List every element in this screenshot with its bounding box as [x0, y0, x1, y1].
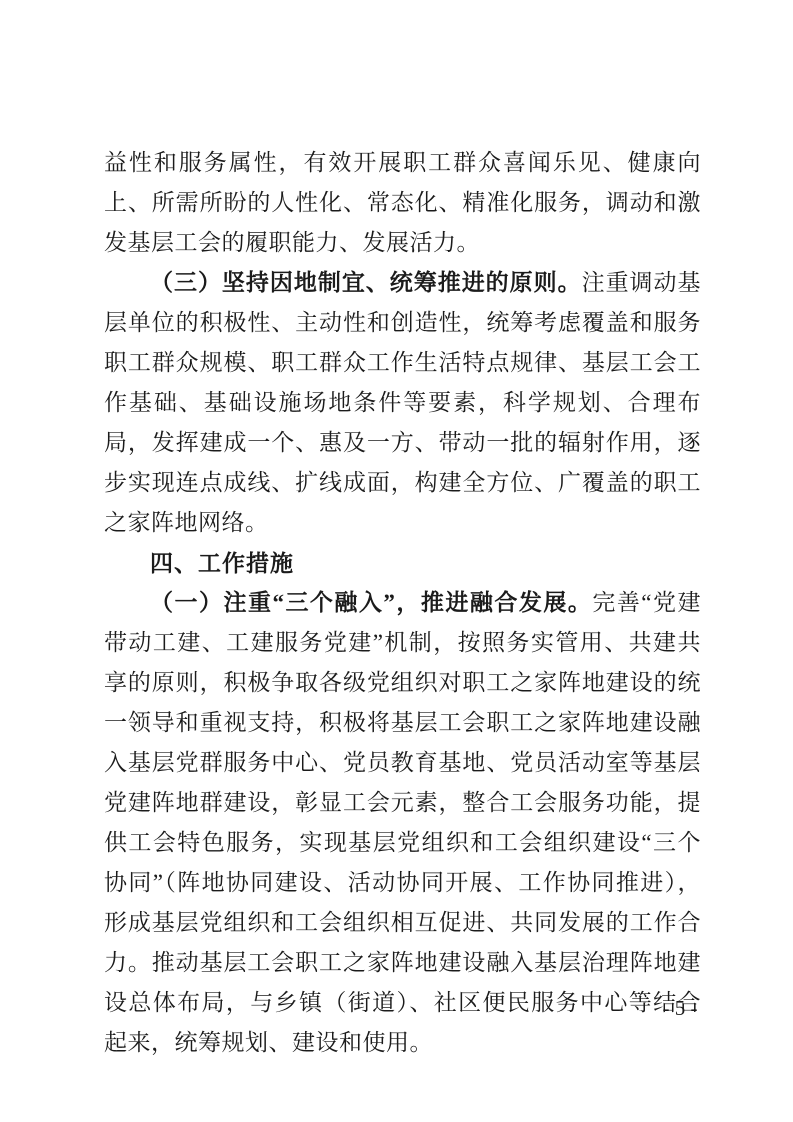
- section-heading-work-measures: 四、工作措施: [104, 543, 701, 583]
- paragraph-principle-three: （三）坚持因地制宜、统筹推进的原则。注重调动基层单位的积极性、主动性和创造性，统…: [104, 263, 701, 543]
- document-body: 益性和服务属性，有效开展职工群众喜闻乐见、健康向上、所需所盼的人性化、常态化、精…: [104, 143, 701, 1063]
- paragraph-lead-bold: （三）坚持因地制宜、统筹推进的原则。: [150, 270, 582, 295]
- document-page: 益性和服务属性，有效开展职工群众喜闻乐见、健康向上、所需所盼的人性化、常态化、精…: [0, 0, 793, 1122]
- paragraph-lead-bold: （一）注重“三个融入”，推进融合发展。: [150, 590, 592, 615]
- paragraph-measure-one: （一）注重“三个融入”，推进融合发展。完善“党建带动工建、工建服务党建”机制，按…: [104, 583, 701, 1063]
- section-heading-text: 四、工作措施: [150, 550, 294, 576]
- paragraph-text: 益性和服务属性，有效开展职工群众喜闻乐见、健康向上、所需所盼的人性化、常态化、精…: [104, 150, 701, 255]
- paragraph-text: 完善“党建带动工建、工建服务党建”机制，按照务实管用、共建共享的原则，积极争取各…: [104, 590, 701, 1055]
- paragraph-continuation: 益性和服务属性，有效开展职工群众喜闻乐见、健康向上、所需所盼的人性化、常态化、精…: [104, 143, 701, 263]
- page-number: - 5 -: [634, 996, 726, 1020]
- paragraph-text: 注重调动基层单位的积极性、主动性和创造性，统筹考虑覆盖和服务职工群众规模、职工群…: [104, 270, 701, 535]
